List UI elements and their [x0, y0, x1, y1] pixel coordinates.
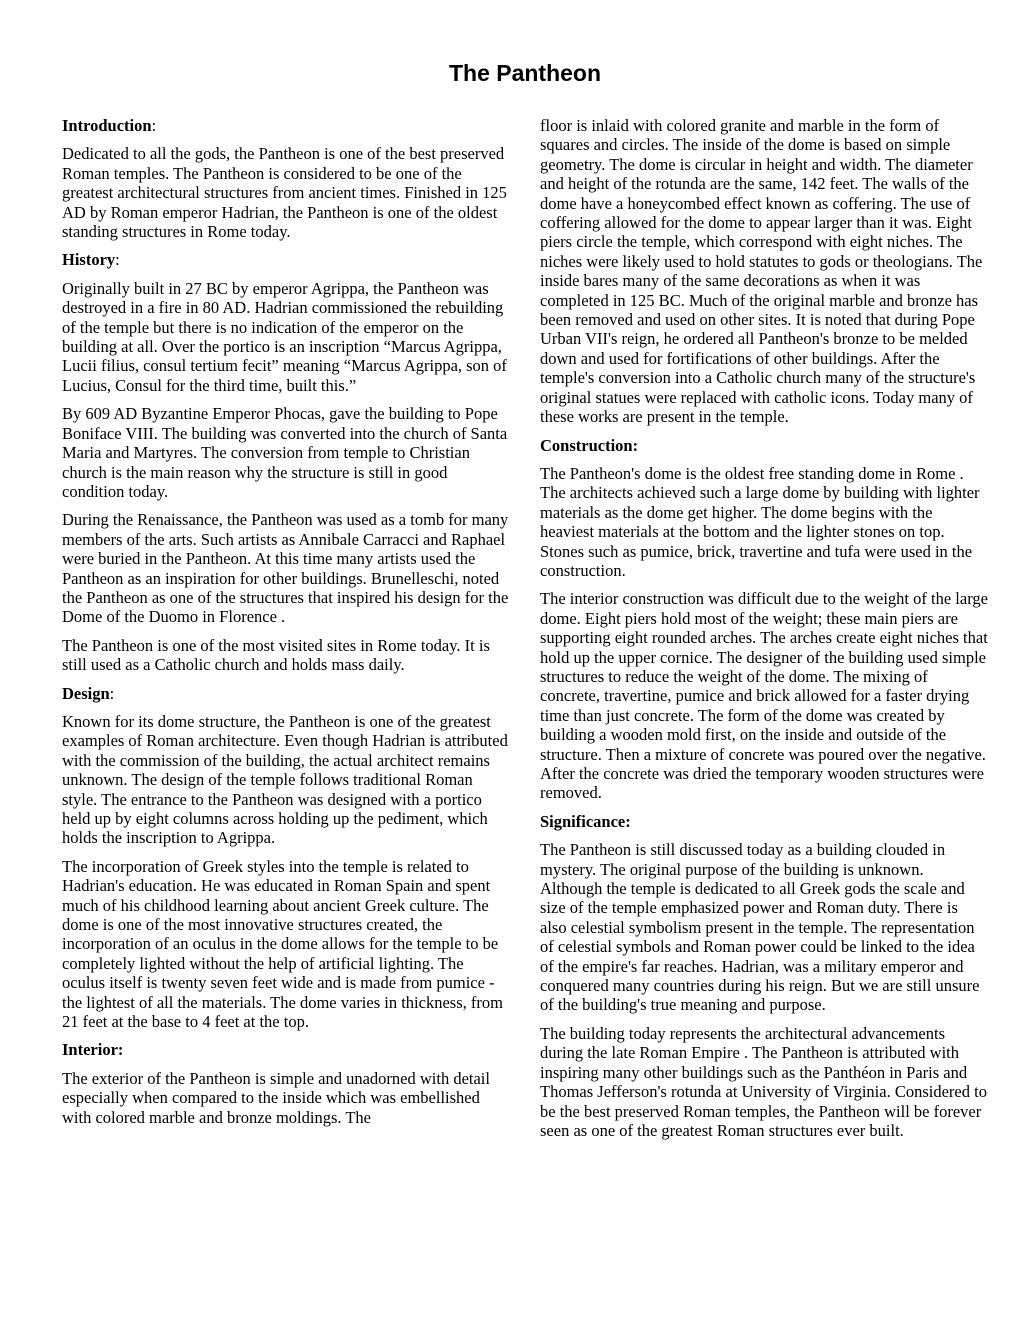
paragraph: floor is inlaid with colored granite and… — [540, 116, 988, 427]
paragraph: Dedicated to all the gods, the Pantheon … — [62, 144, 510, 241]
section-heading-text: Construction — [540, 436, 633, 455]
paragraph: The building today represents the archit… — [540, 1024, 988, 1140]
section-heading-colon: : — [118, 1040, 124, 1059]
paragraph: Known for its dome structure, the Panthe… — [62, 712, 510, 848]
section-heading-text: Design — [62, 684, 110, 703]
document-page: The Pantheon Introduction:Dedicated to a… — [0, 0, 1020, 1320]
paragraph: Originally built in 27 BC by emperor Agr… — [62, 279, 510, 395]
left-column: Introduction:Dedicated to all the gods, … — [62, 116, 510, 1149]
section-heading: History: — [62, 250, 510, 269]
section-heading: Significance: — [540, 812, 988, 831]
two-column-layout: Introduction:Dedicated to all the gods, … — [62, 116, 988, 1149]
section-heading: Design: — [62, 684, 510, 703]
section-heading-colon: : — [633, 436, 639, 455]
section-heading-text: Introduction — [62, 116, 152, 135]
paragraph: The Pantheon is one of the most visited … — [62, 636, 510, 675]
section-heading-colon: : — [110, 684, 115, 703]
paragraph: During the Renaissance, the Pantheon was… — [62, 510, 510, 626]
right-column: floor is inlaid with colored granite and… — [540, 116, 988, 1149]
document-title: The Pantheon — [62, 60, 988, 86]
section-heading: Construction: — [540, 436, 988, 455]
section-heading-text: History — [62, 250, 115, 269]
section-heading-colon: : — [625, 812, 631, 831]
paragraph: By 609 AD Byzantine Emperor Phocas, gave… — [62, 404, 510, 501]
section-heading-colon: : — [115, 250, 120, 269]
paragraph: The exterior of the Pantheon is simple a… — [62, 1069, 510, 1127]
section-heading: Interior: — [62, 1040, 510, 1059]
paragraph: The Pantheon's dome is the oldest free s… — [540, 464, 988, 580]
section-heading-colon: : — [152, 116, 157, 135]
paragraph: The incorporation of Greek styles into t… — [62, 857, 510, 1032]
section-heading: Introduction: — [62, 116, 510, 135]
paragraph: The interior construction was difficult … — [540, 589, 988, 802]
section-heading-text: Interior — [62, 1040, 118, 1059]
paragraph: The Pantheon is still discussed today as… — [540, 840, 988, 1015]
section-heading-text: Significance — [540, 812, 625, 831]
